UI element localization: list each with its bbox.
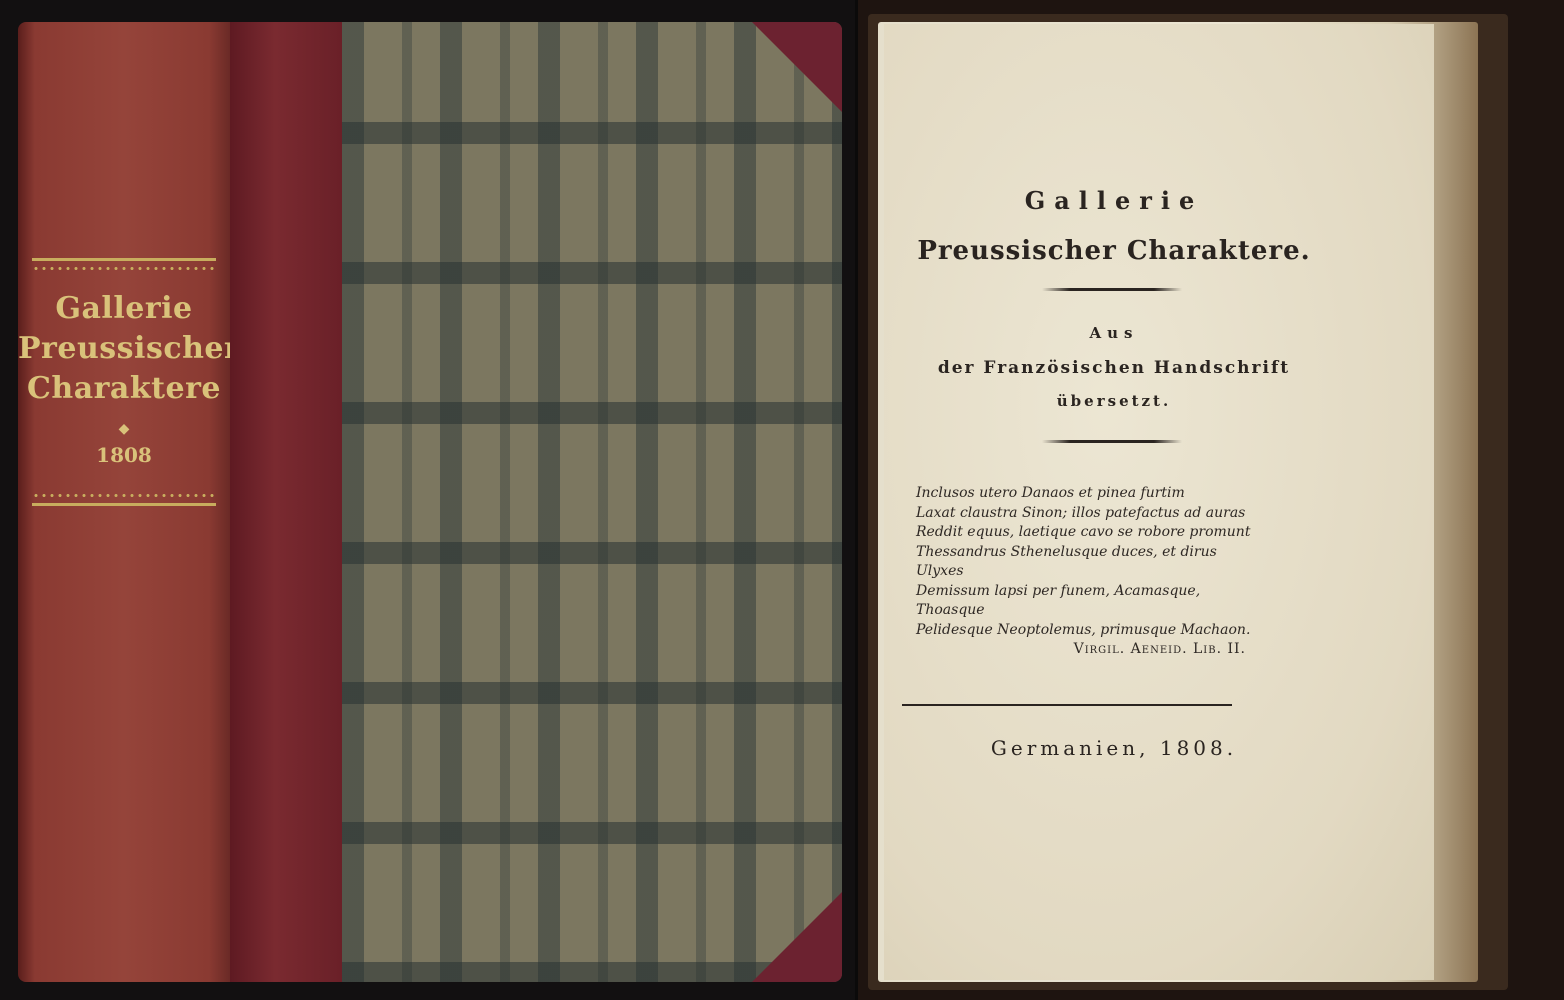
title-source: der Französischen Handschrift [884, 358, 1344, 378]
spine-title: Gallerie Preussischer Charaktere [18, 289, 230, 409]
book-spine: Gallerie Preussischer Charaktere ◆ 1808 [18, 22, 230, 982]
spine-title-line: Preussischer [18, 329, 230, 369]
imprint-rule [902, 704, 1232, 706]
epigraph-line: Laxat claustra Sinon; illos patefactus a… [916, 504, 1256, 524]
spine-ornament-icon: ◆ [18, 421, 230, 437]
book-exterior: Gallerie Preussischer Charaktere ◆ 1808 [0, 0, 855, 1000]
gilt-fillet [32, 258, 216, 261]
gilt-dot-roll [32, 266, 216, 271]
spine-title-line: Charaktere [18, 369, 230, 409]
leather-corner [752, 892, 842, 982]
spine-label: Gallerie Preussischer Charaktere ◆ 1808 [18, 258, 230, 506]
leather-hinge [230, 22, 342, 982]
imprint: Germanien, 1808. [884, 736, 1344, 760]
gilt-fillet [32, 503, 216, 506]
patterned-paper-cover [342, 22, 842, 982]
epigraph-line: Pelidesque Neoptolemus, primusque Machao… [916, 621, 1256, 641]
epigraph-line: Thessandrus Sthenelusque duces, et dirus… [916, 543, 1256, 582]
title-page: Gallerie Preussischer Charaktere. Aus de… [884, 24, 1434, 980]
spine-title-line: Gallerie [18, 289, 230, 329]
title-gallerie: Gallerie [884, 186, 1344, 215]
epigraph-line: Inclusos utero Danaos et pinea furtim [916, 484, 1256, 504]
title-aus: Aus [884, 324, 1344, 342]
book-open-title-page: Gallerie Preussischer Charaktere. Aus de… [858, 0, 1564, 1000]
title-translated: übersetzt. [884, 392, 1344, 410]
epigraph-citation: Virgil. Aeneid. Lib. II. [916, 640, 1256, 660]
spine-year: 1808 [18, 443, 230, 467]
epigraph-line: Reddit equus, laetique cavo se robore pr… [916, 523, 1256, 543]
latin-epigraph: Inclusos utero Danaos et pinea furtim La… [916, 484, 1256, 660]
leather-corner [752, 22, 842, 112]
decorative-rule [1042, 288, 1182, 291]
gilt-dot-roll [32, 493, 216, 498]
decorative-rule [1042, 440, 1182, 443]
title-main: Preussischer Charaktere. [884, 236, 1344, 266]
epigraph-line: Demissum lapsi per funem, Acamasque, Tho… [916, 582, 1256, 621]
